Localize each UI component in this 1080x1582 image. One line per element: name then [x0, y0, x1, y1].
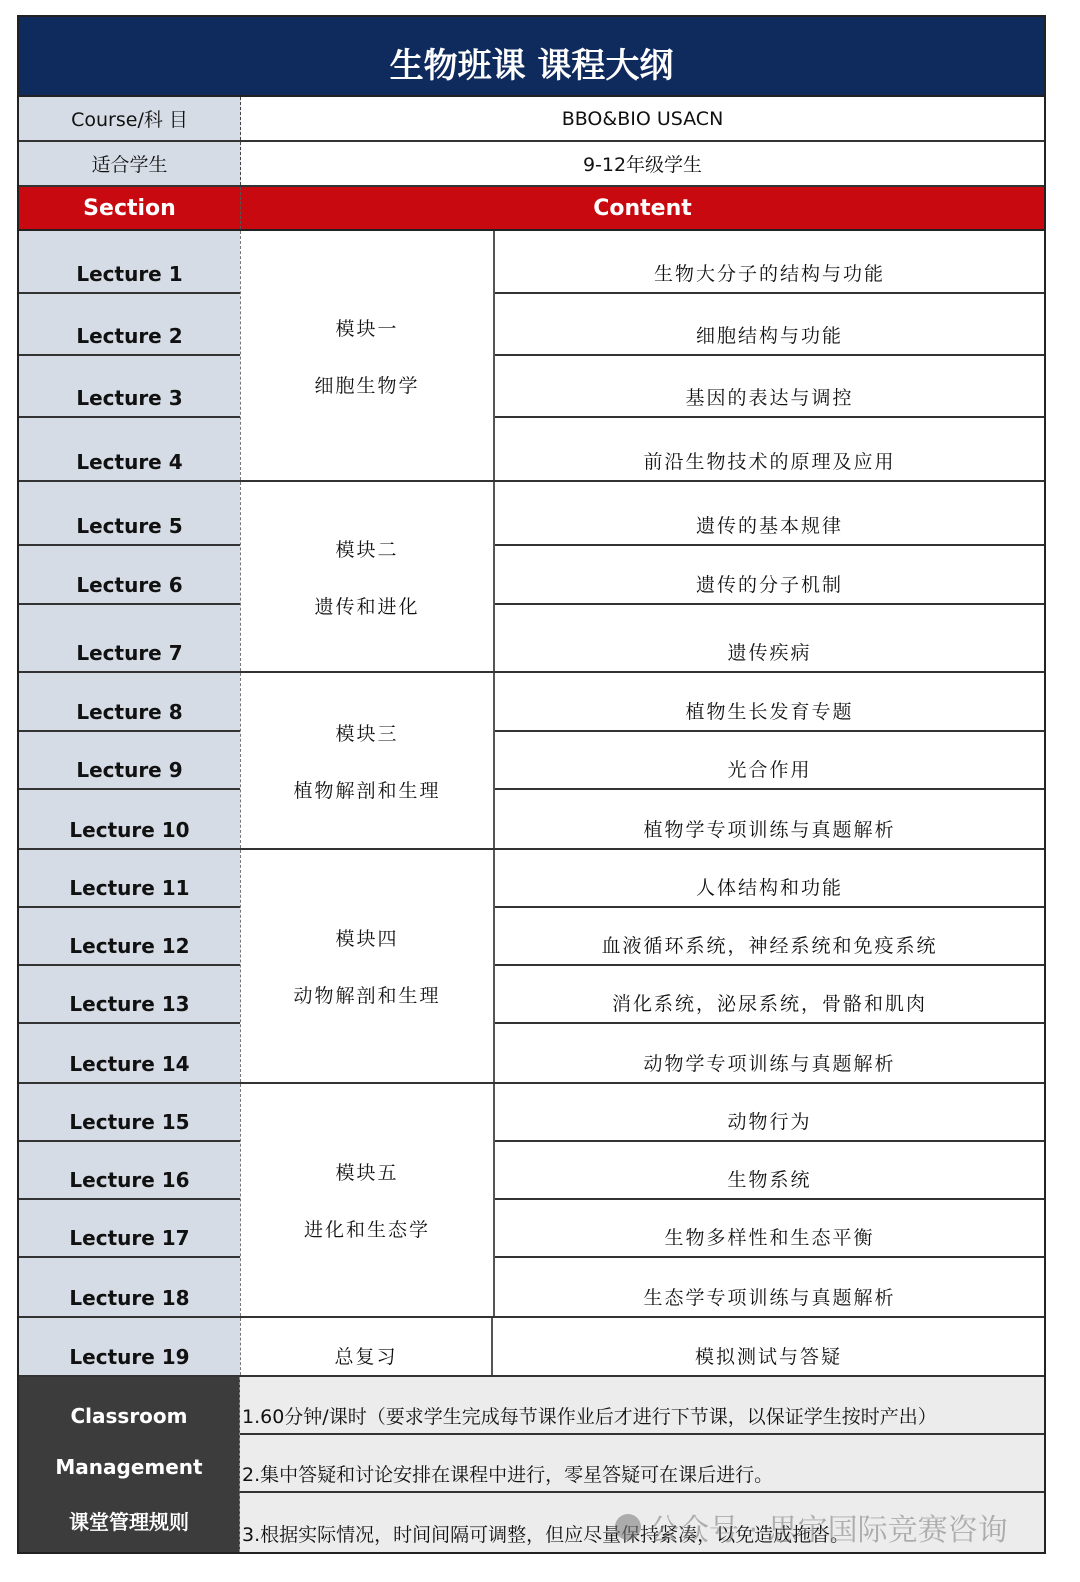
module-group-review: Lecture 19 总复习 模拟测试与答疑: [19, 1318, 1044, 1377]
module-cell: 模块一 细胞生物学: [241, 231, 495, 480]
module-name: 模块三: [335, 719, 398, 746]
module-group-3: Lecture 8 Lecture 9 Lecture 10 模块三 植物解剖和…: [19, 673, 1044, 850]
lecture-content: 细胞结构与功能: [495, 294, 1044, 356]
page-title: 生物班课 课程大纲: [19, 17, 1044, 97]
management-label-line: Classroom: [70, 1404, 187, 1428]
section-header: Section: [19, 187, 241, 229]
module-group-4: Lecture 11 Lecture 12 Lecture 13 Lecture…: [19, 850, 1044, 1084]
table-header: Section Content: [19, 187, 1044, 231]
lecture-label: Lecture 10: [19, 790, 240, 848]
students-label: 适合学生: [19, 142, 241, 185]
lecture-content: 血液循环系统，神经系统和免疫系统: [495, 908, 1044, 966]
lecture-label: Lecture 19: [19, 1318, 240, 1375]
module-topic: 进化和生态学: [304, 1215, 430, 1242]
lecture-label: Lecture 12: [19, 908, 240, 966]
lecture-label: Lecture 6: [19, 546, 240, 605]
management-rule: 2.集中答疑和讨论安排在课程中进行，零星答疑可在课后进行。: [240, 1435, 1044, 1493]
course-label: Course/科 目: [19, 97, 241, 140]
content-header: Content: [241, 187, 1044, 229]
lecture-label: Lecture 13: [19, 966, 240, 1024]
lecture-content: 光合作用: [495, 732, 1044, 790]
lecture-label: Lecture 14: [19, 1024, 240, 1082]
lecture-content: 植物生长发育专题: [495, 673, 1044, 732]
lecture-content: 模拟测试与答疑: [493, 1318, 1044, 1375]
module-group-5: Lecture 15 Lecture 16 Lecture 17 Lecture…: [19, 1084, 1044, 1318]
module-topic: 动物解剖和生理: [293, 981, 440, 1008]
module-cell: 总复习: [241, 1318, 493, 1375]
lecture-label: Lecture 8: [19, 673, 240, 732]
module-group-2: Lecture 5 Lecture 6 Lecture 7 模块二 遗传和进化 …: [19, 482, 1044, 673]
module-cell: 模块五 进化和生态学: [241, 1084, 495, 1316]
module-name: 总复习: [334, 1342, 397, 1369]
lecture-content: 遗传的分子机制: [495, 546, 1044, 605]
lecture-label: Lecture 3: [19, 356, 240, 418]
lecture-label: Lecture 1: [19, 231, 240, 294]
module-group-1: Lecture 1 Lecture 2 Lecture 3 Lecture 4 …: [19, 231, 1044, 482]
module-cell: 模块四 动物解剖和生理: [241, 850, 495, 1082]
lecture-label: Lecture 15: [19, 1084, 240, 1142]
classroom-management: Classroom Management 课堂管理规则 1.60分钟/课时（要求…: [19, 1377, 1044, 1552]
management-rule: 3.根据实际情况，时间间隔可调整，但应尽量保持紧凑，以免造成拖沓。: [240, 1493, 1044, 1551]
lecture-content: 消化系统，泌尿系统，骨骼和肌肉: [495, 966, 1044, 1024]
module-topic: 遗传和进化: [314, 592, 419, 619]
module-topic: 植物解剖和生理: [293, 776, 440, 803]
lecture-content: 基因的表达与调控: [495, 356, 1044, 418]
lecture-label: Lecture 17: [19, 1200, 240, 1258]
syllabus-table: 生物班课 课程大纲 Course/科 目 BBO&BIO USACN 适合学生 …: [17, 15, 1046, 1554]
lecture-content: 生物大分子的结构与功能: [495, 231, 1044, 294]
students-row: 适合学生 9-12年级学生: [19, 142, 1044, 187]
students-value: 9-12年级学生: [241, 142, 1044, 185]
course-row: Course/科 目 BBO&BIO USACN: [19, 97, 1044, 142]
management-rule: 1.60分钟/课时（要求学生完成每节课作业后才进行下节课，以保证学生按时产出）: [240, 1377, 1044, 1435]
module-name: 模块二: [335, 535, 398, 562]
lecture-label: Lecture 5: [19, 482, 240, 546]
lecture-label: Lecture 7: [19, 605, 240, 671]
module-name: 模块一: [335, 314, 398, 341]
management-label: Classroom Management 课堂管理规则: [19, 1377, 240, 1552]
lecture-content: 动物行为: [495, 1084, 1044, 1142]
module-topic: 细胞生物学: [314, 371, 419, 398]
lecture-content: 人体结构和功能: [495, 850, 1044, 908]
course-value: BBO&BIO USACN: [241, 97, 1044, 140]
module-cell: 模块三 植物解剖和生理: [241, 673, 495, 848]
lecture-label: Lecture 18: [19, 1258, 240, 1316]
lecture-content: 前沿生物技术的原理及应用: [495, 418, 1044, 480]
lecture-content: 生物多样性和生态平衡: [495, 1200, 1044, 1258]
lecture-label: Lecture 4: [19, 418, 240, 480]
lecture-label: Lecture 2: [19, 294, 240, 356]
module-name: 模块四: [335, 924, 398, 951]
lecture-content: 生态学专项训练与真题解析: [495, 1258, 1044, 1316]
module-name: 模块五: [335, 1158, 398, 1185]
lecture-content: 遗传疾病: [495, 605, 1044, 671]
lecture-content: 生物系统: [495, 1142, 1044, 1200]
management-label-line: 课堂管理规则: [69, 1506, 189, 1535]
management-label-line: Management: [55, 1455, 202, 1479]
lecture-label: Lecture 16: [19, 1142, 240, 1200]
lecture-label: Lecture 9: [19, 732, 240, 790]
lecture-content: 遗传的基本规律: [495, 482, 1044, 546]
lecture-content: 植物学专项训练与真题解析: [495, 790, 1044, 848]
module-cell: 模块二 遗传和进化: [241, 482, 495, 671]
lecture-label: Lecture 11: [19, 850, 240, 908]
lecture-content: 动物学专项训练与真题解析: [495, 1024, 1044, 1082]
